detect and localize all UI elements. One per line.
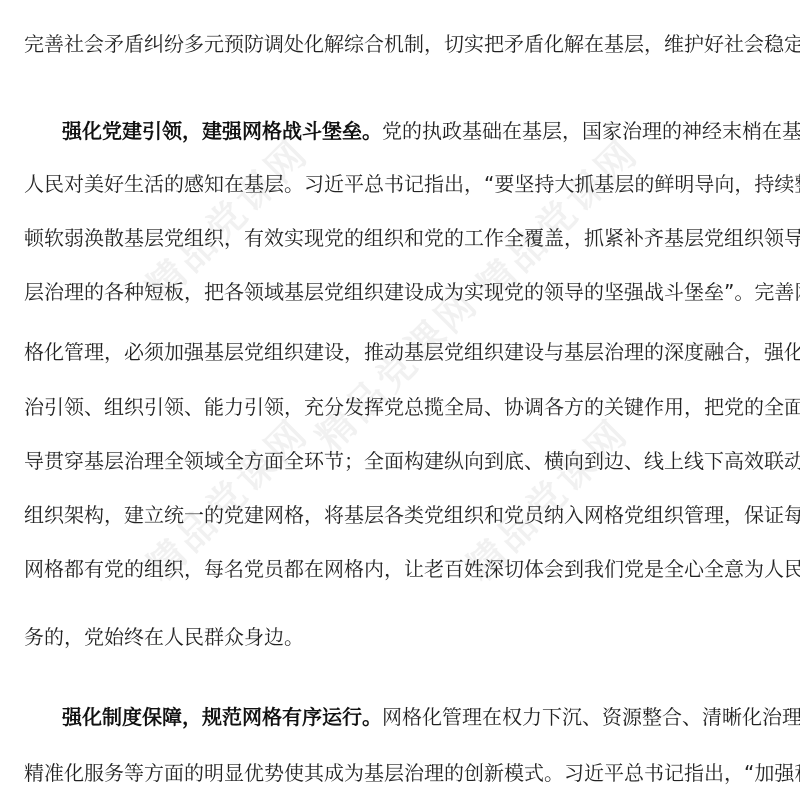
paragraph-heading-line: 强化党建引领，建强网格战斗堡垒。党的执政基础在基层，国家治理的神经末梢在基层，: [62, 117, 776, 145]
paragraph-heading-line: 强化制度保障，规范网格有序运行。网格化管理在权力下沉、资源整合、清晰化治理、: [62, 703, 776, 731]
paragraph-line: 完善社会矛盾纠纷多元预防调处化解综合机制，切实把矛盾化解在基层，维护好社会稳定。…: [24, 30, 776, 58]
paragraph-text: 网格化管理在权力下沉、资源整合、清晰化治理、: [382, 705, 800, 729]
paragraph-line: 组织架构，建立统一的党建网格，将基层各类党组织和党员纳入网格党组织管理，保证每个: [24, 501, 776, 529]
paragraph-line: 治引领、组织引领、能力引领，充分发挥党总揽全局、协调各方的关键作用，把党的全面领: [24, 393, 776, 421]
paragraph-line: 导贯穿基层治理全领域全方面全环节；全面构建纵向到底、横向到边、线上线下高效联动的: [24, 447, 776, 475]
paragraph-line: 人民对美好生活的感知在基层。习近平总书记指出，“要坚持大抓基层的鲜明导向，持续整: [24, 170, 776, 198]
paragraph-line: 务的，党始终在人民群众身边。: [24, 623, 776, 651]
paragraph-text: 党的执政基础在基层，国家治理的神经末梢在基层，: [382, 119, 800, 143]
paragraph-line: 网格都有党的组织，每名党员都在网格内，让老百姓深切体会到我们党是全心全意为人民服: [24, 555, 776, 583]
paragraph-line: 精准化服务等方面的明显优势使其成为基层治理的创新模式。习近平总书记指出，“加强和: [24, 759, 776, 787]
paragraph-heading: 强化党建引领，建强网格战斗堡垒。: [62, 119, 382, 143]
document-page: 精品党课网 精品党课网 精品党课网 精品党课网 精品党课网 完善社会矛盾纠纷多元…: [0, 0, 800, 800]
paragraph-line: 顿软弱涣散基层党组织，有效实现党的组织和党的工作全覆盖，抓紧补齐基层党组织领导基: [24, 224, 776, 252]
paragraph-heading: 强化制度保障，规范网格有序运行。: [62, 705, 382, 729]
paragraph-line: 层治理的各种短板，把各领域基层党组织建设成为实现党的领导的坚强战斗堡垒”。完善网: [24, 278, 776, 306]
paragraph-line: 格化管理，必须加强基层党组织建设，推动基层党组织建设与基层治理的深度融合，强化政: [24, 338, 776, 366]
